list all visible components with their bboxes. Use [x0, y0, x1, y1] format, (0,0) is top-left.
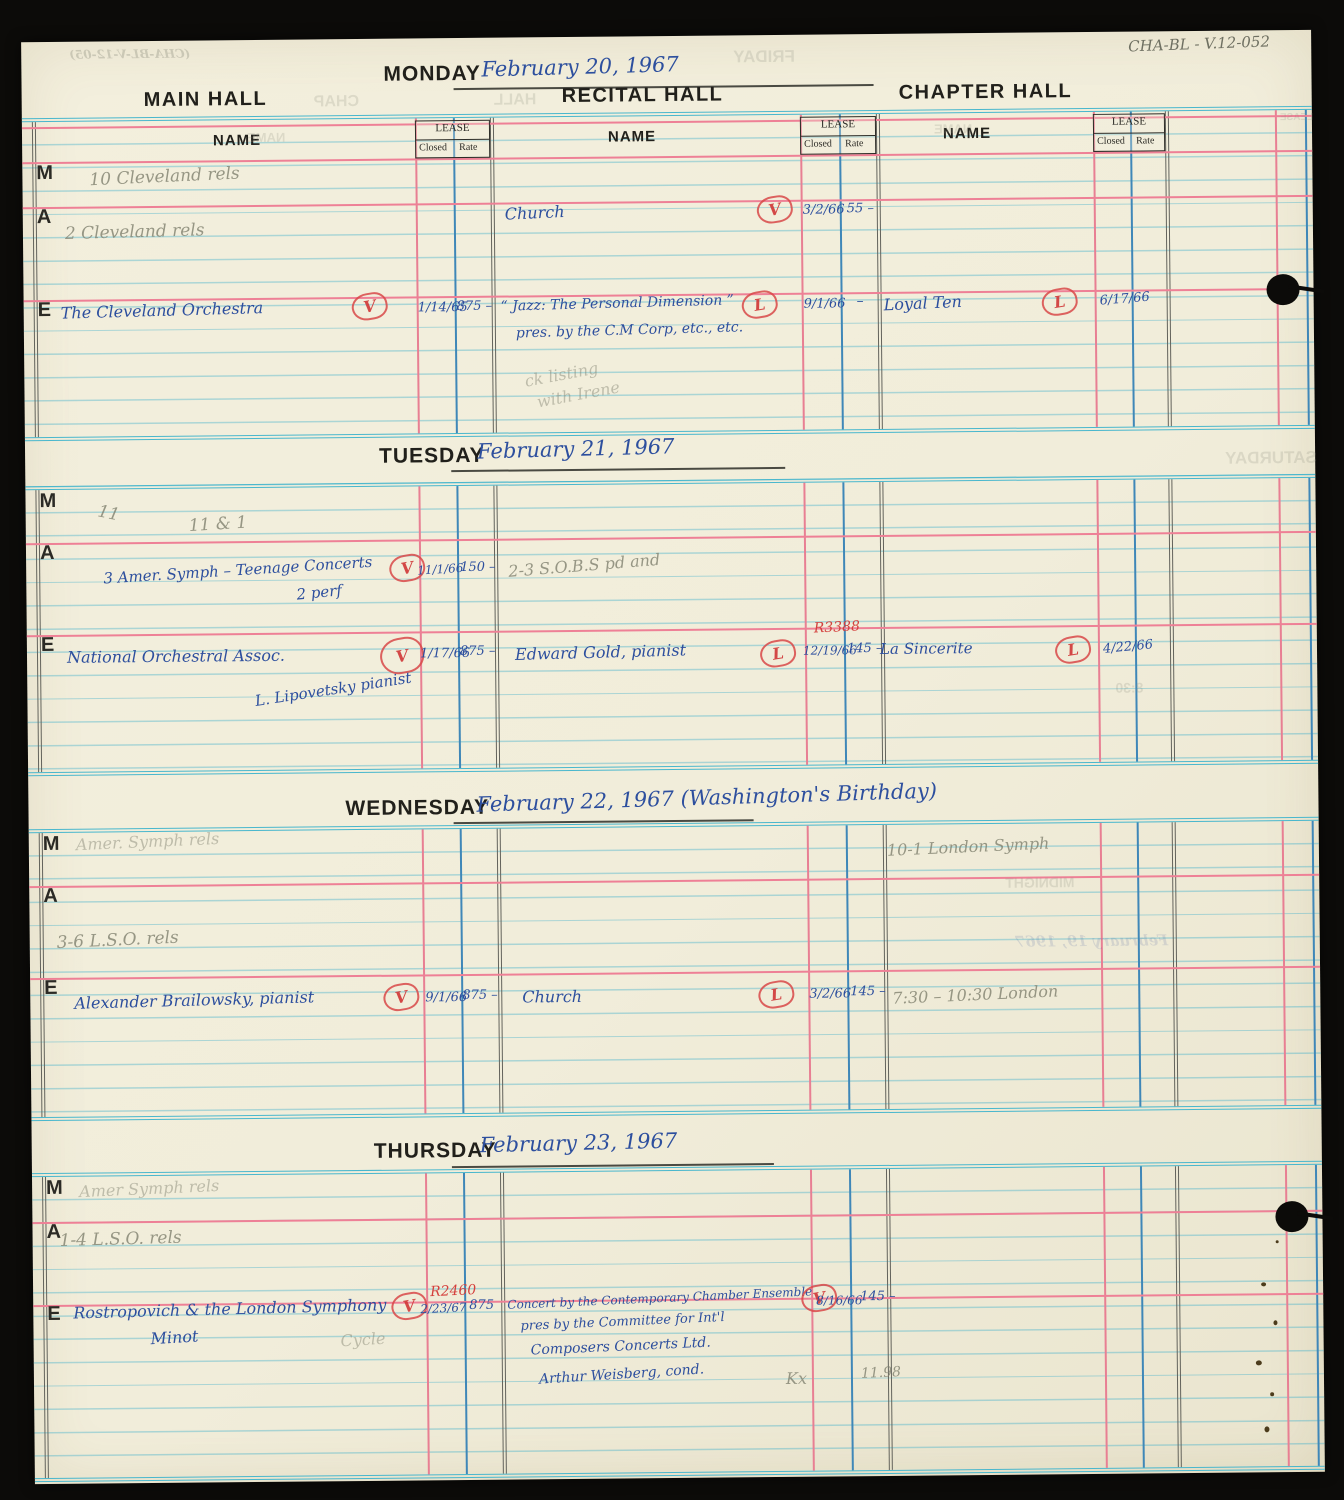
column-rule-blue [453, 118, 458, 433]
hall-divider-line [883, 825, 890, 1109]
paper-speck [1261, 1282, 1266, 1286]
bleed-through-text: February 19, 1967 [1015, 931, 1168, 950]
lease-box-divider [1094, 132, 1164, 134]
day-label: TUESDAY [379, 444, 485, 469]
bleed-through-text: 8:30 [1115, 679, 1143, 695]
handwritten-entry: 145 – [860, 1290, 896, 1303]
day-label: WEDNESDAY [345, 796, 489, 821]
hall-divider-line [1165, 111, 1172, 426]
lease-label: LEASE [801, 118, 875, 131]
day-date: February 22, 1967 [476, 787, 674, 817]
column-rule-red [422, 829, 426, 1113]
handwritten-entry: Cycle [340, 1331, 386, 1350]
lease-header-box: LEASEClosedRate [415, 120, 490, 159]
punch-hole [1266, 274, 1299, 305]
row-label-morning: M [39, 490, 56, 513]
column-rule-red [1275, 110, 1280, 425]
handwritten-entry: 150 – [460, 561, 496, 574]
column-rule-red [418, 486, 422, 768]
column-rule-blue [839, 114, 844, 429]
handwritten-entry: 8/16/66 [816, 1294, 862, 1306]
hall-divider-line [1168, 479, 1175, 761]
handwritten-entry: 875 – [462, 989, 498, 1002]
handwritten-entry: 1-4 L.S.O. rels [59, 1230, 181, 1250]
rate-label: Rate [1136, 135, 1154, 146]
row-label-evening: E [47, 1303, 61, 1326]
rate-label: Rate [459, 142, 477, 153]
day-date-handwritten: February 22, 1967 (Washington's Birthday… [476, 779, 937, 817]
handwritten-entry: 3/2/66 [803, 203, 845, 216]
bleed-through-text: (CHA-BL-V-12-05) [69, 47, 190, 62]
paper-speck [1270, 1392, 1274, 1396]
lease-label: LEASE [416, 122, 489, 135]
handwritten-entry: 2/23/67 [420, 1301, 467, 1315]
bleed-through-text: CHAP [314, 93, 360, 111]
hall-header-main: MAIN HALL [144, 88, 268, 112]
lease-box-divider [801, 135, 875, 137]
row-label-morning: M [43, 833, 60, 856]
day-label: MONDAY [383, 62, 481, 87]
closed-label: Closed [419, 142, 447, 153]
handwritten-entry: 875 – [457, 300, 493, 313]
bleed-through-text: HALL [494, 91, 537, 109]
hall-divider-line [35, 490, 42, 772]
column-rule-blue [1312, 821, 1316, 1105]
column-rule-red [1282, 821, 1286, 1105]
handwritten-entry: 875 – [460, 645, 496, 658]
handwritten-entry: 3/2/66 [809, 987, 851, 1000]
handwritten-entry: 9/1/66 [425, 991, 467, 1004]
scanned-ledger-page: CHA-BL - V.12-052 MONDAY February 20, 19… [0, 0, 1344, 1500]
hall-divider-line [490, 118, 497, 433]
catalog-label: CHA-BL - V.12-052 [1128, 32, 1270, 55]
row-label-afternoon: A [40, 542, 55, 565]
handwritten-entry: 2 perf [296, 583, 343, 602]
column-rule-red [1096, 480, 1100, 762]
lease-header-box: LEASEClosedRate [800, 116, 876, 155]
handwritten-entry: R2460 [430, 1283, 477, 1299]
handwritten-entry: 11/1/66 [417, 562, 464, 577]
punch-hole [1275, 1201, 1308, 1232]
row-label-evening: E [41, 634, 55, 657]
column-rule-blue [456, 486, 460, 768]
column-rule-red [800, 115, 805, 430]
column-rule-blue [846, 825, 850, 1109]
day-date-handwritten: February 21, 1967 [477, 434, 675, 463]
row-label-evening: E [38, 299, 52, 322]
hall-divider-line [1172, 822, 1179, 1106]
bleed-through-text: FRIDAY [733, 47, 795, 68]
paper-speck [1273, 1320, 1277, 1325]
hall-divider-line [39, 833, 46, 1117]
row-label-afternoon: A [43, 885, 58, 908]
handwritten-entry: 875 [469, 1299, 494, 1312]
handwritten-entry: National Orchestral Assoc. [67, 648, 285, 666]
handwritten-entry: 145 – [850, 985, 886, 998]
handwritten-entry: 11 [96, 503, 121, 524]
handwritten-entry: Loyal Ten [883, 294, 962, 313]
day-section: NAMENAMENAMELEASEClosedRateLEASEClosedRa… [22, 106, 1315, 441]
bleed-through-text: SATURDAY [1225, 448, 1317, 469]
lease-box-divider [416, 139, 489, 141]
column-rule-red [1278, 478, 1282, 760]
day-date-handwritten: February 23, 1967 [479, 1129, 677, 1158]
column-rule-blue [1305, 110, 1310, 425]
ledger-paper: CHA-BL - V.12-052 MONDAY February 20, 19… [21, 30, 1325, 1484]
column-rule-blue [1308, 478, 1312, 760]
bleed-through-text: MIDNIGHT [1005, 874, 1074, 891]
ledger-grid: NAMENAMENAMELEASEClosedRateLEASEClosedRa… [21, 30, 1311, 42]
row-label-morning: M [36, 162, 53, 185]
hall-divider-line [879, 482, 886, 764]
lease-label: LEASE [1094, 115, 1164, 128]
handwritten-entry: Church [522, 989, 582, 1006]
title-underline [451, 467, 785, 472]
name-column-header: NAME [608, 128, 656, 145]
lease-header-box: LEASEClosedRate [1093, 113, 1165, 152]
column-rule-blue [1133, 480, 1137, 762]
handwritten-entry: 145 – [847, 642, 883, 655]
closed-label: Closed [804, 138, 832, 149]
paper-speck [1256, 1360, 1262, 1365]
row-divider-red [23, 195, 1313, 209]
handwritten-entry: 9/1/66 [804, 297, 846, 310]
handwritten-entry: – [857, 294, 864, 308]
column-rule-blue [1137, 823, 1141, 1107]
column-rule-red [415, 118, 420, 433]
column-rule-red [807, 826, 811, 1110]
handwritten-entry: Minot [150, 1328, 199, 1347]
handwritten-entry: 6/17/66 [1099, 291, 1150, 308]
hall-divider-line [876, 114, 883, 429]
paper-speck [1264, 1426, 1269, 1432]
handwritten-entry: 11.98 [861, 1365, 902, 1381]
row-divider-red [30, 966, 1320, 980]
handwritten-entry: R3388 [813, 619, 860, 635]
column-rule-red [1100, 823, 1104, 1107]
day-section [29, 817, 1322, 1121]
row-label-morning: M [46, 1177, 63, 1200]
day-note: (Washington's Birthday) [680, 779, 937, 811]
rate-label: Rate [845, 138, 863, 149]
handwritten-entry: 11 & 1 [188, 515, 247, 536]
handwritten-entry: Kx [786, 1371, 807, 1387]
handwritten-entry: 2 Cleveland rels [65, 222, 205, 243]
day-date-handwritten: February 20, 1967 [481, 52, 679, 81]
column-rule-blue [460, 829, 464, 1113]
paper-speck [1276, 1240, 1279, 1243]
row-divider-red [29, 874, 1319, 888]
column-rule-red [1093, 112, 1098, 427]
closed-label: Closed [1097, 136, 1125, 147]
row-divider-red [32, 1210, 1322, 1224]
column-rule-blue [1130, 112, 1135, 427]
header-rule-red [22, 150, 1312, 164]
hall-header-recital: RECITAL HALL [562, 83, 724, 108]
row-label-evening: E [44, 977, 58, 1000]
handwritten-entry: 55 – [847, 202, 874, 215]
handwritten-entry: Edward Gold, pianist [515, 642, 686, 663]
bleed-through-text: NAME [934, 121, 972, 136]
hall-divider-line [497, 829, 504, 1113]
hall-divider-line [493, 486, 500, 768]
column-rule-red [803, 483, 807, 765]
handwritten-entry: Church [504, 204, 564, 223]
hall-header-chapter: CHAPTER HALL [899, 80, 1073, 105]
handwritten-entry: La Sincerite [880, 641, 973, 657]
day-label: THURSDAY [374, 1139, 497, 1164]
row-label-afternoon: A [37, 206, 52, 229]
row-divider-red [27, 623, 1317, 637]
bleed-through-text: NAME [247, 130, 285, 145]
bleed-through-text: LEASE [1280, 112, 1313, 123]
